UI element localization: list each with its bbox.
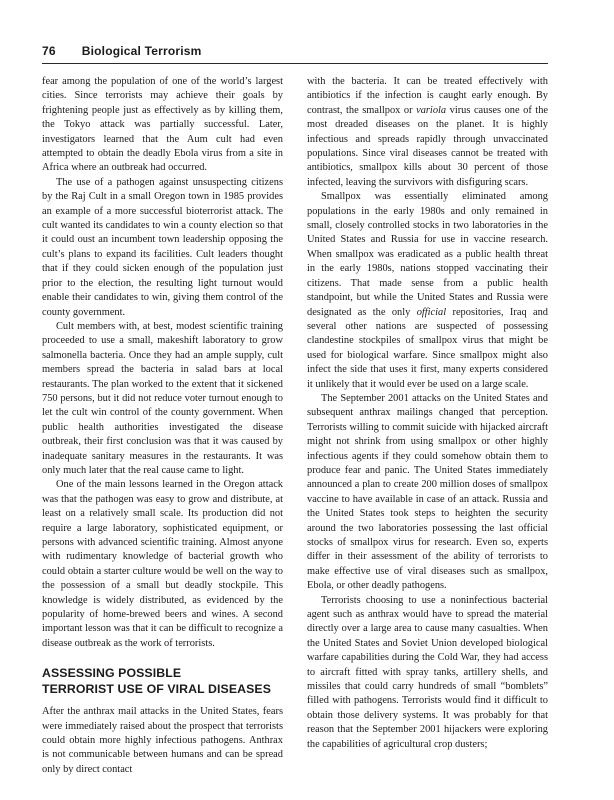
text-column-left: fear among the population of one of the …	[42, 75, 283, 777]
paragraph-text: Smallpox was essentially eliminated amon…	[307, 191, 548, 317]
section-heading: ASSESSING POSSIBLE TERRORIST USE OF VIRA…	[42, 665, 283, 697]
italic-term: official	[417, 307, 446, 318]
page-number: 76	[42, 44, 56, 58]
running-title: Biological Terrorism	[82, 44, 202, 58]
section-heading-line: ASSESSING POSSIBLE	[42, 665, 283, 681]
paragraph-text: virus causes one of the most dreaded dis…	[307, 105, 548, 188]
body-paragraph: After the anthrax mail attacks in the Un…	[42, 705, 283, 777]
text-column-right: with the bacteria. It can be treated eff…	[307, 75, 548, 777]
body-paragraph: Cult members with, at best, modest scien…	[42, 320, 283, 478]
body-paragraph: with the bacteria. It can be treated eff…	[307, 75, 548, 190]
section-heading-line: TERRORIST USE OF VIRAL DISEASES	[42, 681, 283, 697]
body-paragraph: Terrorists choosing to use a noninfectio…	[307, 594, 548, 752]
italic-term: variola	[416, 105, 446, 116]
paragraph-text: repositories, Iraq and several other nat…	[307, 307, 548, 390]
body-paragraph: The September 2001 attacks on the United…	[307, 392, 548, 594]
body-paragraph: fear among the population of one of the …	[42, 75, 283, 176]
body-paragraph: The use of a pathogen against unsuspecti…	[42, 176, 283, 320]
page-header: 76 Biological Terrorism	[42, 44, 548, 64]
text-columns: fear among the population of one of the …	[42, 75, 548, 777]
body-paragraph: Smallpox was essentially eliminated amon…	[307, 190, 548, 392]
book-page: 76 Biological Terrorism fear among the p…	[0, 0, 614, 800]
body-paragraph: One of the main lessons learned in the O…	[42, 478, 283, 651]
